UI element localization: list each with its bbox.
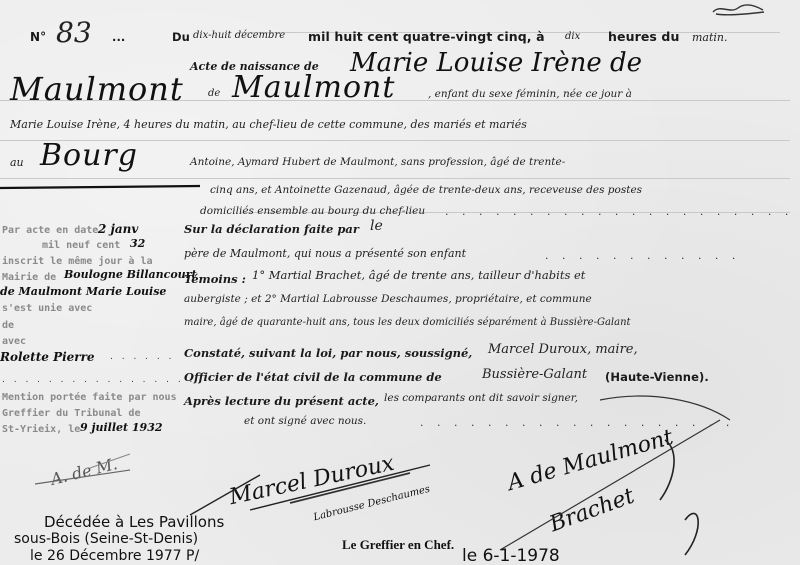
death-note-line-2: sous-Bois (Seine-St-Denis) [14, 531, 198, 547]
margin-line-2: mil neuf cent [42, 240, 120, 251]
margin-hand-5: de Maulmont Marie Louise [0, 285, 166, 298]
lecture-line2: et ont signé avec nous. [244, 415, 366, 427]
line7-text: domiciliés ensemble au bourg du chef-lie… [200, 205, 425, 217]
line5-prefix: au [10, 156, 24, 169]
line5-rest: Antoine, Aymard Hubert de Maulmont, sans… [190, 156, 565, 168]
constat-printed: Constaté, suivant la loi, par nous, sous… [184, 346, 472, 360]
line7-dots: . . . . . . . . . . . . . . . . . . . . … [445, 205, 800, 218]
surname-2: Maulmont [232, 70, 395, 105]
ruled-line [0, 178, 790, 179]
margin-dots-2: . . . . . . . . . . . . . . . . . [2, 375, 195, 385]
period-handwritten: matin. [692, 31, 728, 44]
margin-dots-1: . . . . . . [110, 352, 174, 362]
date-prefix: Du [172, 30, 190, 44]
line6-text: cinq ans, et Antoinette Gazenaud, âgée d… [210, 184, 642, 196]
date-stamp: le 6-1-1978 [462, 546, 560, 565]
date-day-handwritten: dix-huit décembre [193, 30, 285, 41]
pen-stroke [0, 183, 220, 191]
margin-line-6: s'est unie avec [2, 303, 92, 314]
lecture-printed: Après lecture du présent acte, [184, 394, 379, 408]
margin-hand-1: 2 janv [98, 222, 138, 236]
surname-1: Maulmont [10, 70, 184, 108]
birth-certificate-scan: N° 83 ... Du dix-huit décembre mil huit … [0, 0, 800, 565]
witness-line-1: 1° Martial Brachet, âgé de trente ans, t… [252, 268, 585, 282]
margin-hand-2: 32 [130, 237, 145, 250]
number-label: N° [30, 30, 46, 44]
officier-printed: Officier de l'état civil de la commune d… [184, 370, 442, 384]
hours-printed: heures du [608, 29, 679, 44]
margin-line-11: Greffier du Tribunal de [2, 408, 140, 419]
margin-line-10: Mention portée faite par nous [2, 392, 177, 403]
margin-hand-9: Rolette Pierre [0, 350, 95, 364]
margin-hand-4: Boulogne Billancourt [64, 268, 197, 281]
declaration-dots: . . . . . . . . . . . . [545, 249, 740, 262]
place-bourg: Bourg [40, 138, 138, 173]
greffier-label: Le Greffier en Chef. [342, 537, 454, 553]
declaration-label: Sur la déclaration faite par [184, 222, 359, 236]
hour-handwritten: dix [565, 31, 580, 42]
death-note-line-1: Décédée à Les Pavillons [44, 513, 224, 531]
line3-rest: , enfant du sexe féminin, née ce jour à [428, 88, 632, 100]
surname-connector: de [208, 88, 220, 99]
margin-line-8: avec [2, 336, 26, 347]
margin-hand-12: 9 juillet 1932 [80, 421, 163, 434]
margin-line-4: Mairie de [2, 272, 56, 283]
date-year-printed: mil huit cent quatre-vingt cinq, à [308, 29, 545, 44]
signature-flourishes [460, 380, 740, 560]
flourish-icon [708, 2, 768, 18]
margin-line-1: Par acte en date [2, 225, 98, 236]
signature-stroke [30, 450, 140, 490]
act-number: 83 [56, 16, 92, 49]
witness-line-2: aubergiste ; et 2° Martial Labrousse Des… [184, 293, 592, 305]
witness-line-3: maire, âgé de quarante-huit ans, tous le… [184, 317, 631, 328]
death-note-line-3: le 26 Décembre 1977 P/ [30, 548, 199, 564]
margin-line-12: St-Yrieix, le [2, 424, 80, 435]
margin-line-3: inscrit le même jour à la [2, 256, 153, 267]
declaration-continued: père de Maulmont, qui nous a présenté so… [184, 247, 466, 260]
margin-line-7: de [2, 320, 14, 331]
line4-text: Marie Louise Irène, 4 heures du matin, a… [10, 118, 527, 131]
declaration-hand: le [370, 218, 383, 234]
number-dots: ... [112, 30, 125, 44]
mayor-name: Marcel Duroux, maire, [488, 342, 638, 357]
